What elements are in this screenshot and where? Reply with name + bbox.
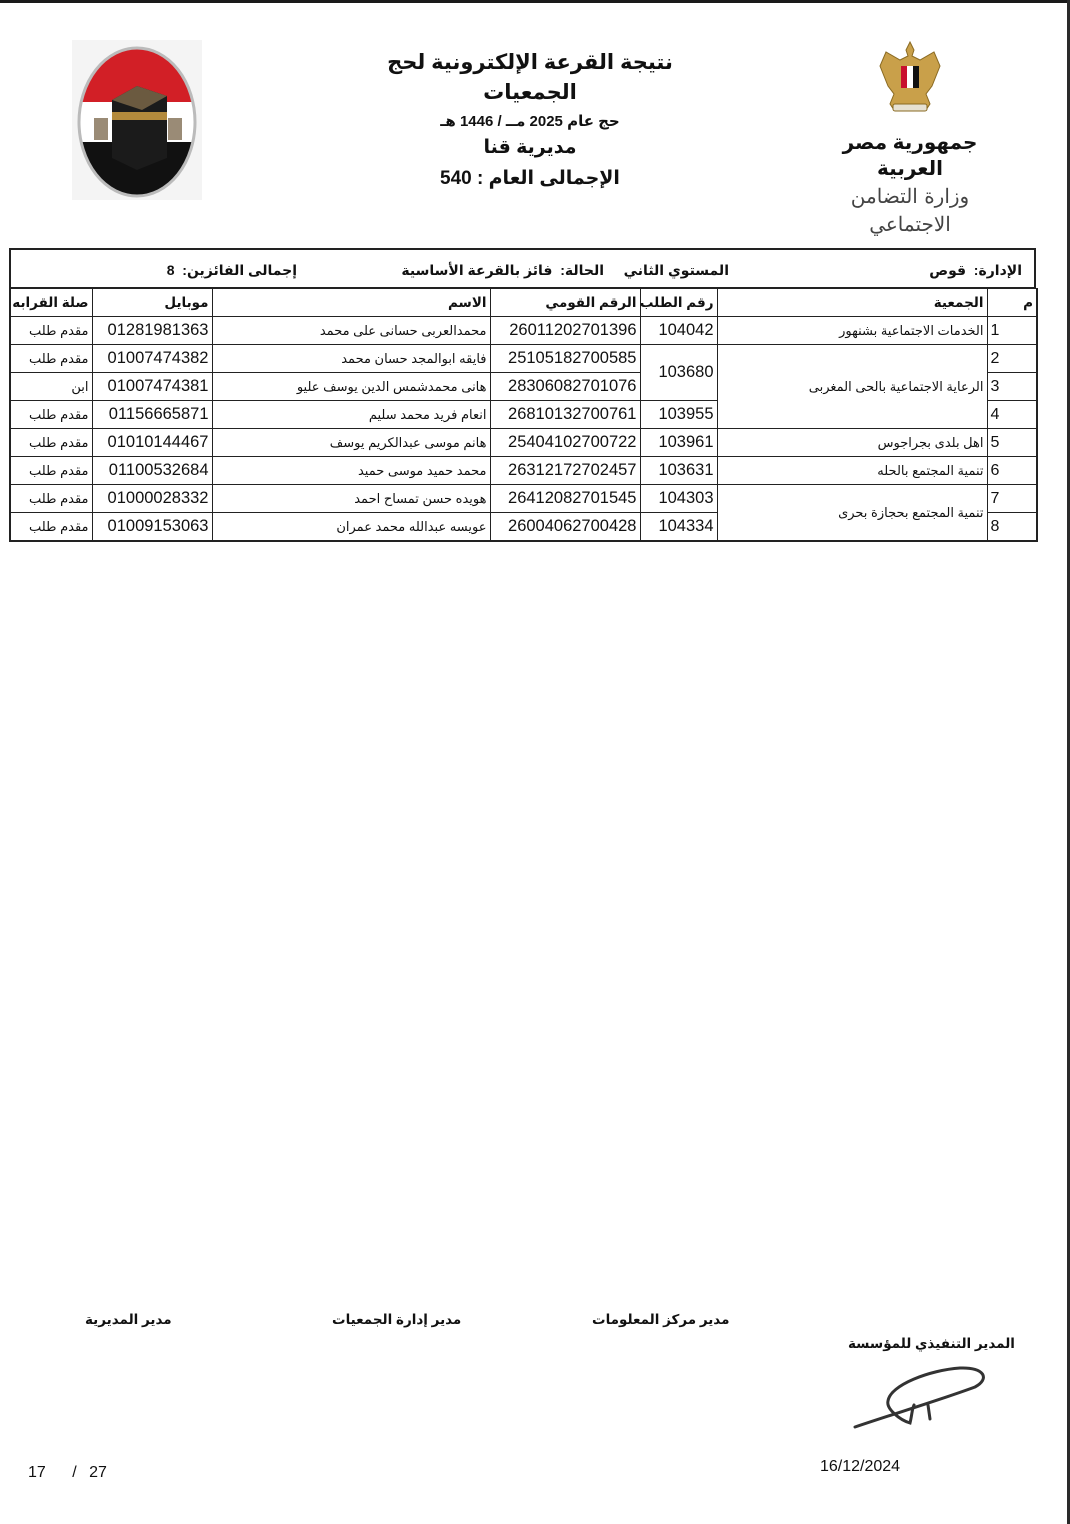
winners-value: 8 xyxy=(167,262,175,278)
cell-association: تنمية المجتمع بالحله xyxy=(717,457,987,485)
cell-national-id: 26810132700761 xyxy=(490,401,640,429)
cell-name: محمدالعربى حسانى على محمد xyxy=(212,317,490,345)
cell-index: 2 xyxy=(987,345,1037,373)
cell-index: 1 xyxy=(987,317,1037,345)
cell-mobile: 01156665871 xyxy=(92,401,212,429)
cell-request: 103680 xyxy=(640,345,717,401)
cell-mobile: 01009153063 xyxy=(92,513,212,542)
status-label: الحالة: xyxy=(560,262,604,278)
table-row: 6 تنمية المجتمع بالحله 103631 2631217270… xyxy=(10,457,1037,485)
winners-total: إجمالى الفائزين: 8 xyxy=(167,262,297,279)
table-row: 2 الرعاية الاجتماعية بالحى المغربى 10368… xyxy=(10,345,1037,373)
cell-name: هانم موسى عبدالكريم يوسف xyxy=(212,429,490,457)
table-info-row: الإدارة: قوص المستوي الثاني الحالة: فائز… xyxy=(9,248,1036,288)
sig-info-center-manager: مدير مركز المعلومات xyxy=(592,1312,729,1328)
cell-relation: مقدم طلب xyxy=(10,401,92,429)
col-header-name: الاسم xyxy=(212,289,490,317)
cell-request: 103631 xyxy=(640,457,717,485)
cell-mobile: 01010144467 xyxy=(92,429,212,457)
page-separator: / xyxy=(72,1464,76,1481)
winners-table: م الجمعية رقم الطلب الرقم القومي الاسم م… xyxy=(9,288,1038,542)
table-row: 1 الخدمات الاجتماعية بشنهور 104042 26011… xyxy=(10,317,1037,345)
cell-index: 7 xyxy=(987,485,1037,513)
sig-directorate-manager: مدير المديرية xyxy=(85,1312,172,1328)
cell-mobile: 01007474381 xyxy=(92,373,212,401)
cell-relation: مقدم طلب xyxy=(10,345,92,373)
cell-request: 104303 xyxy=(640,485,717,513)
cell-relation: مقدم طلب xyxy=(10,485,92,513)
cell-relation: مقدم طلب xyxy=(10,317,92,345)
col-header-association: الجمعية xyxy=(717,289,987,317)
status-field: الحالة: فائز بالقرعة الأساسية xyxy=(401,262,604,279)
winners-table-container: الإدارة: قوص المستوي الثاني الحالة: فائز… xyxy=(9,248,1036,542)
ministry-logo: جمهورية مصر العربية وزارة التضامن الاجتم… xyxy=(815,40,1005,205)
document-header: نتيجة القرعة الإلكترونية لحج الجمعيات حج… xyxy=(340,48,720,196)
table-row: 7 تنمية المجتمع بحجازة بحرى 104303 26412… xyxy=(10,485,1037,513)
table-header-row: م الجمعية رقم الطلب الرقم القومي الاسم م… xyxy=(10,289,1037,317)
status-value: فائز بالقرعة الأساسية xyxy=(401,262,552,278)
cell-index: 3 xyxy=(987,373,1037,401)
cell-national-id: 26312172702457 xyxy=(490,457,640,485)
page-number: 17 / 27 xyxy=(28,1464,107,1482)
page-current: 17 xyxy=(28,1464,46,1481)
cell-request: 103955 xyxy=(640,401,717,429)
cell-national-id: 25404102700722 xyxy=(490,429,640,457)
cell-mobile: 01000028332 xyxy=(92,485,212,513)
cell-association: الخدمات الاجتماعية بشنهور xyxy=(717,317,987,345)
admin-field: الإدارة: قوص xyxy=(929,262,1022,279)
cell-national-id: 26412082701545 xyxy=(490,485,640,513)
page-total: 27 xyxy=(89,1464,107,1481)
document-title: نتيجة القرعة الإلكترونية لحج الجمعيات xyxy=(340,48,720,108)
winners-label: إجمالى الفائزين: xyxy=(182,262,297,278)
cell-relation: مقدم طلب xyxy=(10,513,92,542)
col-header-request: رقم الطلب xyxy=(640,289,717,317)
cell-relation: مقدم طلب xyxy=(10,429,92,457)
cell-request: 104334 xyxy=(640,513,717,542)
cell-association: الرعاية الاجتماعية بالحى المغربى xyxy=(717,345,987,429)
col-header-index: م xyxy=(987,289,1037,317)
cell-association: تنمية المجتمع بحجازة بحرى xyxy=(717,485,987,542)
handwritten-signature-icon xyxy=(850,1365,990,1440)
admin-label: الإدارة: xyxy=(974,262,1022,278)
cell-relation: مقدم طلب xyxy=(10,457,92,485)
cell-mobile: 01100532684 xyxy=(92,457,212,485)
grand-total: الإجمالى العام : 540 xyxy=(340,162,720,196)
cell-name: هويده حسن تمساح احمد xyxy=(212,485,490,513)
cell-name: انعام فريد محمد سليم xyxy=(212,401,490,429)
cell-national-id: 26011202701396 xyxy=(490,317,640,345)
hajj-year: حج عام 2025 مــ / 1446 هـ xyxy=(340,110,720,134)
col-header-mobile: موبايل xyxy=(92,289,212,317)
cell-association: اهل بلدى بجراجوس xyxy=(717,429,987,457)
cell-index: 4 xyxy=(987,401,1037,429)
directorate-name: مديرية قنا xyxy=(340,134,720,162)
kaaba-emblem-icon xyxy=(72,40,202,200)
cell-name: فايقه ابوالمجد حسان محمد xyxy=(212,345,490,373)
cell-national-id: 25105182700585 xyxy=(490,345,640,373)
cell-national-id: 28306082701076 xyxy=(490,373,640,401)
table-row: 5 اهل بلدى بجراجوس 103961 25404102700722… xyxy=(10,429,1037,457)
cell-index: 8 xyxy=(987,513,1037,542)
cell-relation: ابن xyxy=(10,373,92,401)
cell-index: 6 xyxy=(987,457,1037,485)
egypt-eagle-icon xyxy=(875,40,945,120)
cell-mobile: 01281981363 xyxy=(92,317,212,345)
cell-national-id: 26004062700428 xyxy=(490,513,640,542)
admin-value: قوص xyxy=(929,262,966,278)
cell-name: هانى محمدشمس الدين يوسف عليو xyxy=(212,373,490,401)
sig-executive-director: المدير التنفيذي للمؤسسة xyxy=(848,1336,1015,1352)
cell-mobile: 01007474382 xyxy=(92,345,212,373)
col-header-relation: صلة القرابه xyxy=(10,289,92,317)
cell-request: 104042 xyxy=(640,317,717,345)
cell-request: 103961 xyxy=(640,429,717,457)
cell-name: محمد حميد موسى حميد xyxy=(212,457,490,485)
col-header-national-id: الرقم القومي xyxy=(490,289,640,317)
cell-name: عويسه عبدالله محمد عمران xyxy=(212,513,490,542)
ministry-name: وزارة التضامن الاجتماعي xyxy=(815,182,1005,238)
page-edge-top xyxy=(0,0,1070,3)
country-name: جمهورية مصر العربية xyxy=(815,130,1005,182)
level-value: المستوي الثاني xyxy=(624,262,729,279)
document-date: 16/12/2024 xyxy=(820,1458,900,1476)
cell-index: 5 xyxy=(987,429,1037,457)
sig-associations-manager: مدير إدارة الجمعيات xyxy=(332,1312,461,1328)
